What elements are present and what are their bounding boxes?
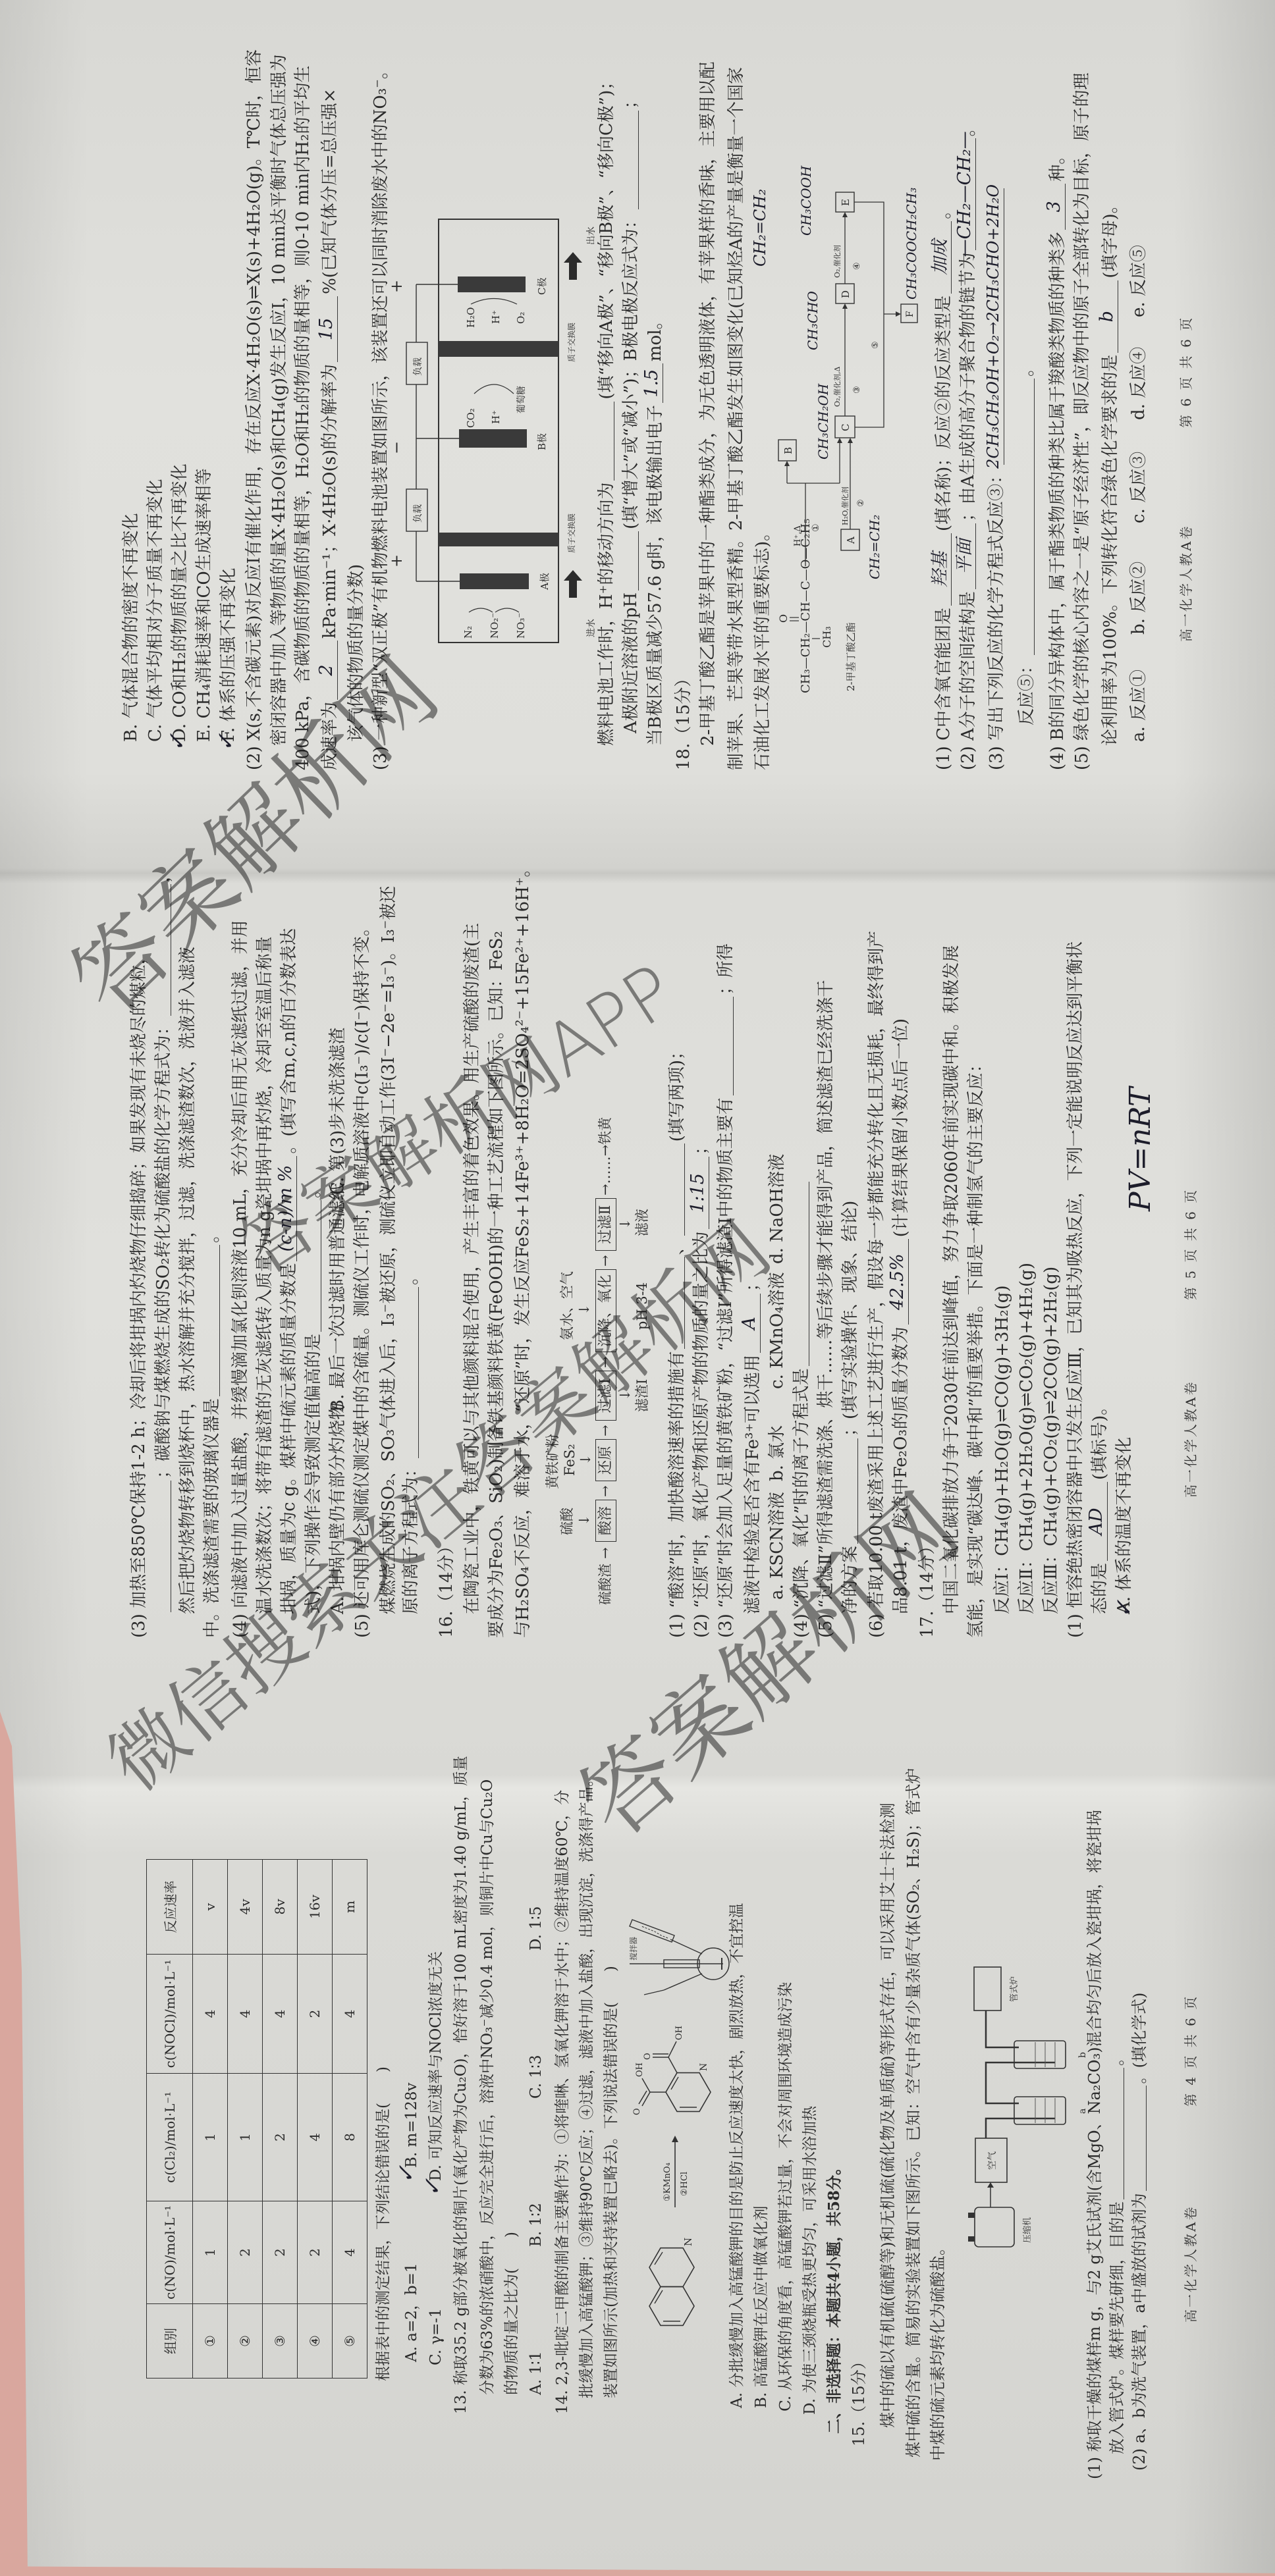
species-label: NO₃⁻ xyxy=(515,613,527,639)
membrane-label: 质子交换膜 xyxy=(566,323,576,362)
q14-option-a: A. 分批缓慢加入高锰酸钾的目的是防止反应速度太快，剧烈放热，不宜控温 xyxy=(728,1903,746,2408)
q18-header: 18.（15分） xyxy=(674,670,694,770)
text: (2) a、b为洗气装置，a中盛放的试剂为 xyxy=(1130,2193,1149,2471)
table-cell: 4 xyxy=(333,2201,367,2304)
footer-title: 高一化学人教A卷 xyxy=(1180,2205,1199,2323)
page-4: 组别 c(NO)/mol·L⁻¹ c(Cl₂)/mol·L⁻¹ c(NOCl)/… xyxy=(0,1791,1275,2576)
check-mark-icon: ✓ xyxy=(1113,1600,1135,1619)
handwritten-note: PV=nRT xyxy=(1126,1088,1155,1211)
answer-blank xyxy=(622,111,639,209)
table-row: ⑤484m xyxy=(333,1860,367,2379)
electrode-a-label: A极 xyxy=(539,573,551,591)
answer-blank xyxy=(598,402,614,481)
table-cell: ② xyxy=(228,2304,263,2379)
answer-blank: 加成 xyxy=(935,221,952,294)
q12-option-d: D. 可知反应速率与NOCl浓度无关 xyxy=(427,1951,445,2181)
box-b: B xyxy=(782,447,794,454)
answer-blank xyxy=(717,997,734,1095)
hydroxyl-label: OH xyxy=(674,2026,684,2040)
answer-blank: 羟基 xyxy=(935,533,952,606)
q14-line: 装置如图所示(加热和夹持装置已略去)。下列说法错误的是( ) xyxy=(603,1966,620,2398)
membrane-label: 质子交换膜 xyxy=(566,513,576,553)
q18-5-option-e: e. 反应⑤ xyxy=(1129,245,1149,317)
load-label: 负载 xyxy=(412,357,423,376)
q16-3-option-b: b. 氯水 xyxy=(768,1425,788,1481)
table-cell: 4 xyxy=(193,1955,228,2074)
table-header: c(NO)/mol·L⁻¹ xyxy=(147,2201,193,2304)
q13-line: 分数为63%的浓硝酸中，反应完全进行后，溶液中NO₃⁻减少0.4 mol，则铜片… xyxy=(479,1779,496,2395)
box-f: F xyxy=(905,311,915,317)
flow-arrow: → xyxy=(598,1547,613,1559)
ester-branch: CH₃ xyxy=(821,626,833,648)
water-outlet-arrow-icon xyxy=(564,252,582,280)
q17-1-option-a: A. 体系的温度不再变化 xyxy=(1115,1437,1135,1614)
handwritten-answer: b xyxy=(1097,274,1117,359)
handwritten-answer: 1.5 xyxy=(641,357,662,409)
air-label: 空气 xyxy=(987,2151,998,2170)
text: (2) A分子的空间结构是 xyxy=(958,591,978,770)
table-cell: m xyxy=(333,1860,367,1955)
table-cell: 1 xyxy=(193,2201,228,2304)
reaction-number: ④ xyxy=(852,262,862,270)
check-mark-icon: ✓ xyxy=(395,2165,418,2184)
handwritten-answer: AD xyxy=(1086,1475,1106,1567)
q17-option-f: F. 体系的压强不再变化 xyxy=(219,567,239,742)
text: (填“移向A极”、“移向B极”、“移向C极”)； xyxy=(597,73,616,400)
text: mol。 xyxy=(645,312,665,361)
text: A极附近溶液的pH xyxy=(621,592,641,733)
text: 。 xyxy=(401,1268,421,1285)
species-label: H⁺ xyxy=(490,410,502,424)
carbonyl-oxygen: O xyxy=(777,614,790,623)
check-mark-icon: ✓ xyxy=(166,733,188,752)
handwritten-answer: 羟基 xyxy=(930,527,950,612)
reaction-condition: H⁺,Δ xyxy=(793,525,803,546)
q18-5: (5) 绿色化学的核心内容之一是“原子经济性”，即反应物中的原子全部转化为目标，… xyxy=(1073,72,1093,770)
text: 。 xyxy=(1108,2050,1126,2066)
q18-2: (2) A分子的空间结构是平面；由A生成的高分子聚合物的链节为—CH₂—CH₂—… xyxy=(959,119,979,770)
reagent-label: ②HCl xyxy=(680,2172,690,2196)
q17-option-b: B. 气体混合物的密度不再变化 xyxy=(122,513,142,742)
reaction-condition: O₂,催化剂,Δ xyxy=(832,367,842,407)
q12-option-b: B. m=128v xyxy=(403,2083,420,2169)
flow-arrow-down: ↓ xyxy=(578,1454,593,1465)
q13-line: 13. 称取35.2 g部分被氧化的铜片(氧化产物为Cu₂O)，恰好溶于100 … xyxy=(452,1756,470,2414)
text: (填名称)；反应②的反应类型是 xyxy=(934,296,954,531)
q16-stem-line: 要成分为Fe₂O₃、SiO₂)制备铁基颜料铁黄(FeOOH)的一种工艺流程如下图… xyxy=(487,931,507,1638)
text: 论利用率为100%。下列转化符合绿色化学要求的是 xyxy=(1100,355,1120,746)
reaction-number: ⑤ xyxy=(871,341,881,349)
table-row: ①114v xyxy=(193,1860,228,2379)
positive-sign: + xyxy=(387,280,406,293)
answer-blank: 1.5 xyxy=(647,363,663,403)
answer-blank xyxy=(668,1143,685,1236)
q18-5-option-d: d. 反应④ xyxy=(1129,347,1149,420)
species-label: 葡萄糖 xyxy=(516,386,527,413)
footer-page-number: 第 4 页 共 6 页 xyxy=(1180,1995,1199,2107)
table-cell: 2 xyxy=(298,2201,333,2304)
answer-blank xyxy=(203,1245,220,1396)
handwritten-note: CH₂=CH₂ xyxy=(752,189,768,267)
reaction-condition: H₂O,催化剂 xyxy=(840,486,850,525)
q17-3-line: 燃料电池工作时，H⁺的移动方向为(填“移向A极”、“移向B极”、“移向C极”)； xyxy=(597,73,617,746)
flow-arrow-down: ↓ xyxy=(577,1303,592,1315)
handwritten-answer: 平面 xyxy=(954,517,975,596)
q14-option-c: C. 从环保的角度看，高锰酸钾若过量，不会对周围环境造成污染 xyxy=(777,1982,794,2411)
table-cell: ③ xyxy=(263,2304,298,2379)
answer-blank xyxy=(793,1182,809,1366)
answer-blank xyxy=(1132,2086,1147,2191)
positive-sign: + xyxy=(387,554,406,567)
text: (计算结果保留小数点后一位) xyxy=(891,1018,911,1237)
table-cell: ④ xyxy=(298,2304,333,2379)
flow-arrow: → xyxy=(598,1255,613,1267)
exam-photo: B. 气体混合物的密度不再变化 C. 气体平均相对分子质量不再变化 D. CO和… xyxy=(0,0,1275,2576)
page-6: B. 气体混合物的密度不再变化 C. 气体平均相对分子质量不再变化 D. CO和… xyxy=(0,0,1275,869)
q17-option-c: C. 气体平均相对分子质量不再变化 xyxy=(146,479,166,743)
reaction-number: ③ xyxy=(852,386,862,394)
quinoline-structure: N xyxy=(631,2217,713,2336)
q15-header: 15.（15分） xyxy=(850,2353,869,2446)
ester-name: 2-甲基丁酸乙酯 xyxy=(845,622,857,691)
answer-blank: b xyxy=(1102,280,1118,353)
table-cell: 2 xyxy=(298,1955,333,2074)
q13-option-b: B. 1∶2 xyxy=(528,2203,545,2247)
fuel-cell-diagram: 负载 负载 + − + N₂ NO₂⁻ NO₃⁻ A极 CO₂ H⁺ 葡萄糖 B… xyxy=(382,204,599,652)
table-cell: 8 xyxy=(333,2074,367,2201)
text: (填字母)。 xyxy=(1100,196,1120,278)
answer-blank xyxy=(1018,379,1035,655)
table-cell: 8v xyxy=(263,1860,298,1955)
handwritten-note: CH₃CH₂OH xyxy=(815,383,831,460)
inlet-label: 进水 xyxy=(585,619,597,637)
q18-4: (4) B的同分异构体中，属于酯类物质的种类比属于羧酸类物质的种类多3种。 xyxy=(1048,147,1068,770)
q17-reaction-3: 反应Ⅲ：CH₄(g)+CO₂(g)⇌2CO(g)+2H₂(g) xyxy=(1042,1267,1062,1614)
q17-option-d: D. CO和H₂的物质的量之比不再变化 xyxy=(171,463,190,742)
table-row: ②2144v xyxy=(228,1860,263,2379)
q15-stem-line: 煤中的硫以有机硫(硫醇等)和无机硫(硫化物及单质硫)等形式存在，可以采用艾士卡法… xyxy=(879,1803,898,2428)
text: (填“增大”或“减小”)；B极电极反应式为： xyxy=(621,211,641,529)
text: ；所得 xyxy=(716,943,736,995)
q18-stem-line: 制苹果、芒果等带水果型香精。2-甲基丁酸乙酯发生如图变化(已知烃A的产量是衡量一… xyxy=(727,67,747,770)
text: (4) B的同分异构体中，属于酯类物质的种类比属于羧酸类物质的种类多 xyxy=(1048,232,1068,770)
furnace-label: 管式炉 xyxy=(1009,1976,1019,2002)
answer-blank: —CH₂—CH₂— xyxy=(960,138,976,250)
text: 。 xyxy=(1017,359,1037,377)
q17-1: (1) 恒容绝热密闭容器中只发生反应Ⅲ，已知其为吸热反应，下列一定能说明反应达到… xyxy=(1066,941,1086,1638)
q15-3-line: 中。洗涤滤渣需要的玻璃仪器是。 xyxy=(203,1226,223,1638)
table-row: ③2248v xyxy=(263,1860,298,2379)
text: 中。洗涤滤渣需要的玻璃仪器是 xyxy=(202,1398,222,1638)
q17-3-line: 当B极区质量减少57.6 g时，该电极输出电子1.5mol。 xyxy=(646,312,666,746)
table-cell: 4 xyxy=(228,1955,263,2074)
text: (1) “酸溶”时，加快酸溶速率的措施有 xyxy=(667,1351,687,1638)
text: 态的是 xyxy=(1090,1563,1110,1614)
q16-3-option-c: c. KMnO₄溶液 xyxy=(768,1272,788,1389)
q18-5-option-c: c. 反应③ xyxy=(1129,452,1149,523)
handwritten-note: CH₂=CH₂ xyxy=(867,515,882,579)
q17-2-line: (2) X(s,不含碳元素)对反应Ⅰ有催化作用，存在反应X·4H₂O(s)⇌X(… xyxy=(245,49,265,770)
q15-1: (1) 称取干燥的煤样m g，与2 g艾氏试剂(含MgO、Na₂CO₃)混合均匀… xyxy=(1086,1810,1104,2479)
q18-5: 论利用率为100%。下列转化符合绿色化学要求的是b(填字母)。 xyxy=(1101,196,1121,746)
q18-3: (3) 写出下列反应的化学方程式反应③：2CH₃CH₂OH+O₂→2CH₃CHO… xyxy=(987,186,1007,770)
q18-3-reaction5: 反应⑤：。 xyxy=(1017,359,1037,725)
table-cell: 2 xyxy=(228,2201,263,2304)
flow-step-reduce: 还原 xyxy=(595,1439,616,1481)
answer-blank xyxy=(402,1287,419,1458)
answer-blank xyxy=(622,531,639,591)
q15-3-line: (3) 加热至850℃保持1-2 h；冷却后将坩埚内灼烧物仔细捣碎；如果发现有未… xyxy=(130,947,149,1638)
pyridinedicarboxylic-acid-structure: O OH O OH N xyxy=(629,2016,724,2128)
footer-title: 高一化学人教A卷 xyxy=(1180,1380,1199,1498)
reaction-arrow: ①KMnO₄ ②HCl xyxy=(655,2132,695,2211)
q16-3-option-d: d. NaOH溶液 xyxy=(768,1154,788,1264)
answer-blank: 15 xyxy=(321,296,338,362)
q13-option-d: D. 1∶5 xyxy=(528,1906,545,1951)
table-cell: 16v xyxy=(298,1860,333,1955)
q13-option-a: A. 1∶1 xyxy=(528,2352,545,2395)
text: 放入管式炉。煤样要先研细，目的是 xyxy=(1108,2201,1126,2454)
handwritten-answer: 1:15 xyxy=(688,1150,708,1236)
box-d: D xyxy=(840,290,852,298)
electrode-b-label: B极 xyxy=(536,433,548,450)
answer-blank xyxy=(155,1481,171,1612)
q18-stem-line: 2-甲基丁酸乙酯是苹果中的一种酯类成分，为无色透明液体，有苹果样的香味，主要用以… xyxy=(699,62,719,746)
q18-5-option-b: b. 反应② xyxy=(1129,562,1149,635)
text: ； xyxy=(621,92,641,109)
handwritten-answer: 2CH₃CH₂OH+O₂→2CH₃CHO+2H₂O xyxy=(985,182,1003,471)
q17-reaction-1: 反应Ⅰ：CH₄(g)+H₂O(g)⇌CO(g)+3H₂(g) xyxy=(993,1285,1013,1614)
text: (1) C中含氧官能团是 xyxy=(934,608,954,770)
q14-option-b: B. 高锰酸钾在反应中做氧化剂 xyxy=(753,2205,770,2408)
species-label: O₂ xyxy=(515,312,527,324)
q15-stem-line: 中煤的硫元素均转化为硫酸盐。 xyxy=(929,2240,948,2461)
handwritten-note: CH₃CHO xyxy=(805,291,821,350)
q14-line: 批缓慢加入高锰酸钾；③维持90℃反应；④过滤，滤液中加入盐酸，出现沉淀，洗涤得产… xyxy=(578,1772,595,2398)
q15-3-line: 然后把灼烧物转移到烧杯中，热水溶解并充分搅拌，过滤，洗涤滤渣数次，洗液并入滤液 xyxy=(178,947,198,1614)
species-label: NO₂⁻ xyxy=(489,613,501,639)
reaction-condition: O₂,催化剂 xyxy=(832,245,842,278)
q17-2-line: 密闭容器中加入等物质的量X·4H₂O(s)和CH₄(g)发生反应Ⅰ，10 min… xyxy=(270,54,290,746)
q15-2: (2) a、b为洗气装置，a中盛放的试剂为。(填化学式) xyxy=(1131,1993,1149,2471)
text: 当B极区质量减少57.6 g时，该电极输出电子 xyxy=(645,405,665,746)
handwritten-note: CH₃COOH xyxy=(798,165,814,236)
flow-end: →……→铁黄 xyxy=(598,1117,613,1196)
flow-arrow-down: ↓ xyxy=(618,1218,633,1230)
q17-option-e: E. CH₄消耗速率和CO生成速率相等 xyxy=(195,468,215,742)
table-cell: v xyxy=(193,1860,228,1955)
oxygen-label: O xyxy=(632,2108,642,2115)
handwritten-answer: 加成 xyxy=(930,215,950,300)
text: (3) 写出下列反应的化学方程式反应③： xyxy=(987,467,1006,770)
flow-arrow-down: ↓ xyxy=(577,1514,592,1526)
species-label: CO₂ xyxy=(465,408,477,428)
table-cell: 4 xyxy=(298,2074,333,2201)
stirrer-label: 搅拌器 xyxy=(628,1937,638,1960)
handwritten-answer: —CH₂—CH₂— xyxy=(954,132,975,257)
water-inlet-arrow-icon xyxy=(564,570,582,598)
text: kPa·min⁻¹；X·4H₂O(s)的分解率为 xyxy=(320,364,340,639)
text: (填写两项)； xyxy=(667,1043,687,1142)
table-cell: 2 xyxy=(263,2201,298,2304)
text: (填标号)。 xyxy=(1090,1398,1110,1480)
q18-5-option-a: a. 反应① xyxy=(1129,670,1149,742)
q13-option-c: C. 1∶3 xyxy=(528,2055,545,2099)
negative-sign: − xyxy=(387,441,406,454)
text: 反应⑤： xyxy=(1017,657,1037,725)
check-mark-icon: ✓ xyxy=(215,733,237,752)
q14-line: 14. 2,3-吡啶二甲酸的制备主要操作为：①将喹啉、氢氧化钾溶于水中；②维持温… xyxy=(554,1790,571,2414)
answer-blank xyxy=(1110,2068,1125,2199)
q17-3-line: A极附近溶液的pH(填“增大”或“减小”)；B极电极反应式为：； xyxy=(622,92,641,733)
flow-input-ammonia-air: 氨水、空气 xyxy=(560,1271,575,1340)
footer-page-number: 第 6 页 共 6 页 xyxy=(1176,316,1195,428)
table-header: c(Cl₂)/mol·L⁻¹ xyxy=(147,2074,193,2201)
q15-stem-line: 煤中硫的含量。简易的实验装置如下图所示。已知：空气中含有少量杂质气体(SO₂、H… xyxy=(905,1768,923,2458)
table-row: ④24216v xyxy=(298,1860,333,2379)
footer-title: 高一化学人教A卷 xyxy=(1176,525,1195,642)
q12-option-c: C. γ=-1 xyxy=(427,2308,445,2365)
table-header: 反应速率 xyxy=(147,1860,193,1955)
answer-blank: 1:15 xyxy=(693,1157,709,1229)
handwritten-note: CH₃COOCH₂CH₃ xyxy=(904,188,919,300)
table-cell: 4 xyxy=(263,1955,298,2074)
q16-2: (2) “还原”时，氧化产物和还原产物的物质的量之比为1:15； xyxy=(692,1138,712,1638)
text: 。 xyxy=(202,1226,222,1243)
q16-stem-line: 与H₂SO₄不反应，难溶于水，“还原”时，发生反应FeS₂+14Fe³⁺+8H₂… xyxy=(514,860,533,1638)
flow-start: 硫酸渣 xyxy=(598,1564,613,1605)
answer-blank: 42.5% xyxy=(892,1239,909,1325)
electrode-c-label: C极 xyxy=(536,278,548,295)
q17-stem-line: 中国二氧化碳排放力争于2030年前达到峰值，努力争取2060年前实现碳中和。积极… xyxy=(942,945,962,1614)
text: 滤液中检验是否含有Fe³⁺可以选用 xyxy=(743,1355,763,1614)
q17-1: 态的是AD(填标号)。 xyxy=(1091,1398,1110,1614)
three-neck-flask-apparatus: 搅拌器 xyxy=(624,1914,733,2013)
box-a: A xyxy=(845,537,857,544)
flow-step-filter-2: 过滤Ⅱ xyxy=(595,1198,616,1251)
table-header: c(NOCl)/mol·L⁻¹ xyxy=(147,1955,193,2074)
table-cell: ① xyxy=(193,2304,228,2379)
text: 燃料电池工作时，H⁺的移动方向为 xyxy=(597,483,616,746)
load-label: 负载 xyxy=(412,504,423,523)
footer-page-number: 第 5 页 共 6 页 xyxy=(1180,1188,1199,1300)
flow-input-acid: 硫酸 xyxy=(560,1508,575,1535)
hydroxyl-label: OH xyxy=(635,2063,645,2077)
check-mark-icon: ✓ xyxy=(421,2178,444,2197)
table-cell: 4v xyxy=(228,1860,263,1955)
flow-output-filtrate: 滤液 xyxy=(635,1209,650,1236)
answer-blank: 3 xyxy=(1049,184,1066,230)
organic-scheme: CH₃—CH₂—CH—C—O—C₂H₅ O CH₃ 2-甲基丁酸乙酯 H⁺,Δ … xyxy=(767,112,929,704)
table-cell: 2 xyxy=(263,2074,298,2201)
nitrogen-label: N xyxy=(699,2063,709,2071)
q16-3: 滤液中检验是否含有Fe³⁺可以选用A； xyxy=(744,1275,763,1614)
q18-1: (1) C中含氧官能团是羟基(填名称)；反应②的反应类型是加成。 xyxy=(935,202,954,770)
text: 。(填化学式) xyxy=(1130,1993,1149,2084)
flow-arrow: → xyxy=(598,1485,613,1497)
section-heading: 二、非选择题：本题共4小题，共58分。 xyxy=(826,2160,843,2434)
table-cell: 1 xyxy=(228,2074,263,2201)
oxygen-label: O xyxy=(643,2053,653,2060)
q15-1: 放入管式炉。煤样要先研细，目的是。 xyxy=(1108,2050,1127,2454)
text: (3) “还原”时会加入足量的黄铁矿粉，“过滤Ⅰ”所得滤渣Ⅰ中的物质主要有 xyxy=(716,1097,736,1638)
q13-line: 的物质的量之比为( ) xyxy=(503,2232,520,2395)
species-label: H⁺ xyxy=(490,310,502,324)
reagent-label: ①KMnO₄ xyxy=(663,2163,672,2201)
text: %(已知气体分压=总压强× xyxy=(320,88,340,294)
box-e: E xyxy=(840,199,852,206)
handwritten-answer: 42.5% xyxy=(887,1232,908,1331)
text: ；由A生成的高分子聚合物的链节为 xyxy=(958,252,978,521)
rate-data-table: 组别 c(NO)/mol·L⁻¹ c(Cl₂)/mol·L⁻¹ c(NOCl)/… xyxy=(146,1859,367,2379)
box-c: C xyxy=(840,424,852,431)
table-cell: 1 xyxy=(193,2074,228,2201)
q12-stem: 根据表中的测定结果，下列结论错误的是( ) xyxy=(375,2066,392,2381)
answer-blank: AD xyxy=(1091,1482,1108,1561)
text: ；(填写实验操作、现象、结论) xyxy=(840,1201,860,1436)
nitrogen-label: N xyxy=(682,2238,694,2246)
handwritten-answer: 3 xyxy=(1044,177,1064,236)
answer-blank: 2CH₃CH₂OH+O₂→2CH₃CHO+2H₂O xyxy=(988,188,1004,465)
species-label: H₂O xyxy=(465,307,477,328)
text: 。(填写含m,c,n的百分数表达 xyxy=(279,928,299,1154)
q15-4-line: (4) 向滤液中加入过量盐酸，并缓慢滴加氯化钡溶液10 mL，充分冷却后用无灰滤… xyxy=(231,920,251,1638)
q12-option-a: A. a=2，b=1 xyxy=(403,2263,420,2362)
outlet-label: 出水 xyxy=(585,226,597,245)
q17-reaction-2: 反应Ⅱ：CH₄(g)+2H₂O(g)⇌CO₂(g)+4H₂(g) xyxy=(1017,1263,1037,1614)
handwritten-answer: 15 xyxy=(316,290,337,369)
sulfur-test-apparatus: 压缩机 空气 管式炉 a b xyxy=(956,1951,1095,2260)
compressor-label: 压缩机 xyxy=(1022,2217,1033,2243)
q14-option-d: D. 为使三颈烧瓶受热更均匀，可采用水浴加热 xyxy=(801,2106,819,2415)
flow-step-acid-dissolve: 酸溶 xyxy=(595,1500,616,1542)
table-cell: 4 xyxy=(333,1955,367,2074)
q17-2-line: 400 kPa，含碳物质的物质的量相等，H₂O和H₂的物质的量相等，则0-10 … xyxy=(294,66,313,770)
answer-blank: 平面 xyxy=(960,523,976,589)
text: 坩埚，质量为c g。煤样中硫元素的质量分数是 xyxy=(279,1263,299,1614)
reaction-number: ② xyxy=(856,499,866,507)
reaction-number: ① xyxy=(811,523,821,532)
table-header: 组别 xyxy=(147,2304,193,2379)
table-cell: ⑤ xyxy=(333,2304,367,2379)
text: ；碳酸钠与煤燃烧生成的SO₂转化为硫酸盐的化学方程式为： xyxy=(153,1018,173,1479)
q17-2-line: 成速率为2kPa·min⁻¹；X·4H₂O(s)的分解率为15%(已知气体分压=… xyxy=(321,88,340,770)
species-label: N₂ xyxy=(462,626,474,639)
